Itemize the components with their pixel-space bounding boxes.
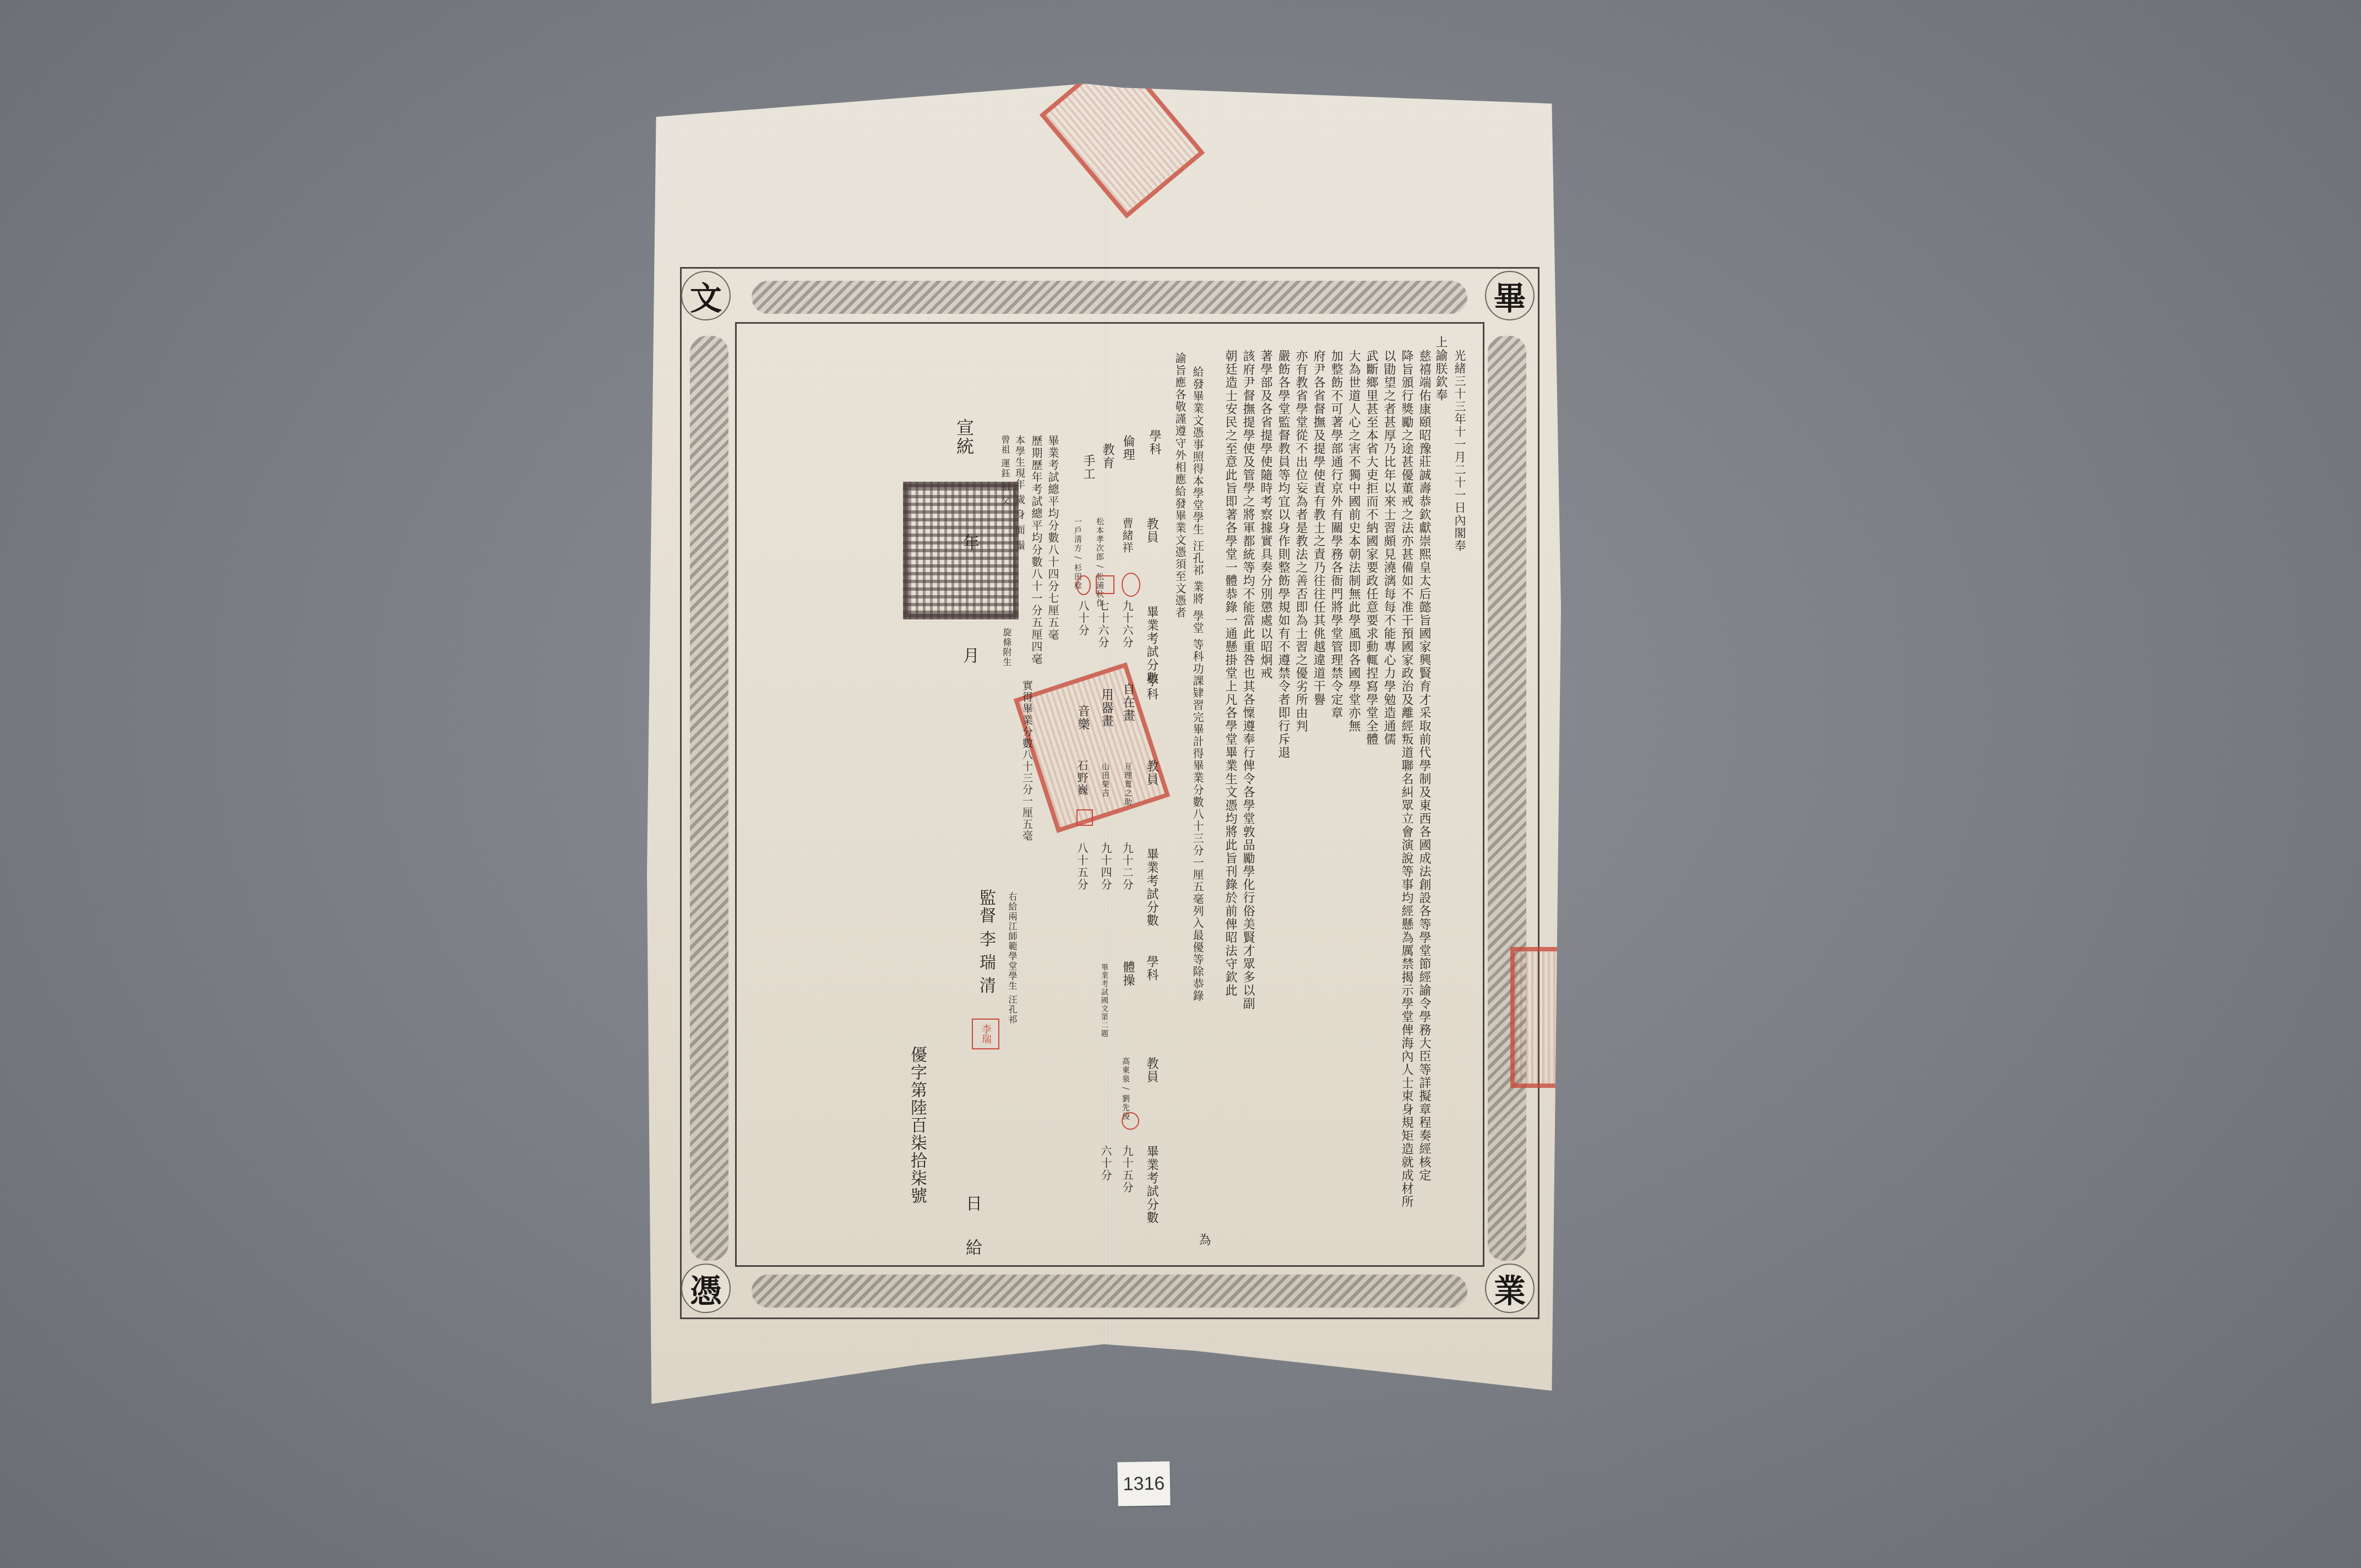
score-ethics: 九十六分 xyxy=(1122,600,1133,649)
edict-date: 光緒三十三年十一月二十一日內閣奉 xyxy=(1454,350,1465,801)
score-header-2: 畢業考試分數 xyxy=(1145,848,1157,927)
supervisor-seal: 李瑞 xyxy=(972,1019,999,1049)
exam-average: 畢業考試總平均分數八十四分七厘五毫 xyxy=(1047,435,1058,641)
edict-col-8: 亦有教省學堂從不出位妄為者是教法之善否即為士習之優劣所由判 xyxy=(1294,350,1307,1258)
score-music: 八十五分 xyxy=(1076,842,1087,891)
score-header: 畢業考試分數 xyxy=(1145,606,1157,685)
score-mechdrawing: 九十四分 xyxy=(1100,842,1111,891)
yearly-average: 歷期歷年考試總平均分數八十一分五厘四毫 xyxy=(1031,435,1042,665)
teacher-header-3: 教員 xyxy=(1145,1057,1157,1084)
subject-gymnastics: 體操 xyxy=(1122,961,1134,987)
top-red-seal xyxy=(1040,49,1205,219)
subjects-header-3: 學科 xyxy=(1145,955,1157,982)
dragon-band-left xyxy=(690,336,728,1261)
issuance-text: 給發畢業文憑事照得本學堂學生 汪孔祁 業將 學堂 等科功課肄習完畢計得畢業分數八… xyxy=(1192,366,1203,1302)
teacher-seal-4 xyxy=(1076,809,1093,826)
dragon-band-right xyxy=(1488,336,1526,1261)
subject-freehand: 自在畫 xyxy=(1122,683,1134,722)
teacher-gymnastics: 高東泉 / 劉先俊 xyxy=(1122,1057,1129,1121)
edict-col-1: 慈禧端佑康頤昭豫莊誠壽恭欽獻崇熙皇太后懿旨國家興賢育才采取前代學制及東西各國成法… xyxy=(1418,350,1430,1258)
for-mark: 為 xyxy=(1198,1233,1210,1246)
supervisor-title: 監督 xyxy=(977,889,994,924)
dragon-band-bottom xyxy=(752,1275,1467,1308)
teacher-seal-3 xyxy=(1076,575,1091,595)
teacher-music: 石野巍 xyxy=(1076,760,1087,796)
date-issued: 給 xyxy=(964,1239,980,1256)
date-day: 日 xyxy=(964,1195,980,1212)
edict-col-9: 嚴飭各學堂監督教員等均宜以身作則整飭學規如有不遵禁令者即行斥退 xyxy=(1277,350,1289,1258)
teacher-ethics: 曹緒祥 xyxy=(1122,518,1133,554)
edict-col-10: 著學部及各省提學使隨時考察據實具奏分別懲處以昭炯戒 xyxy=(1259,350,1271,1258)
score-handicraft: 八十分 xyxy=(1078,600,1089,636)
edict-col-11: 該府尹督撫提學使及管學之將軍都統等均不能當此重咎也其各懍遵奉行俾令各學堂敦品勵學… xyxy=(1242,350,1254,1258)
subject-education: 教育 xyxy=(1101,443,1113,470)
final-score: 實得畢業分數八十三分一厘五毫 xyxy=(1021,680,1032,842)
score-header-3: 畢業考試分數 xyxy=(1145,1145,1157,1224)
teacher-seal-5 xyxy=(1122,1112,1139,1130)
teacher-education: 松本孝次郎 / 松浦秋作 xyxy=(1096,518,1103,608)
subjects-header-2: 學科 xyxy=(1145,674,1157,701)
corner-char-bi: 畢 xyxy=(1485,271,1535,320)
certificate-paper: 文 畢 憑 業 光緒三十三年十一月二十一日內閣奉 上諭朕欽奉 慈禧端佑康頤昭豫莊… xyxy=(647,77,1561,1404)
date-year: 年 xyxy=(961,534,977,552)
corner-char-ye: 業 xyxy=(1485,1264,1535,1313)
serial-number: 優字第陸百柒拾柒號 xyxy=(909,1046,925,1205)
issuance-instruction: 諭旨應各敬謹遵守外相應給發畢業文憑須至文憑者 xyxy=(1174,352,1185,1288)
corner-char-wen: 文 xyxy=(681,271,731,320)
subject-mechdrawing: 用器畫 xyxy=(1100,688,1112,728)
edict-col-4: 武斷鄉里甚至本省大吏拒而不納國家要政任意要求動輒捏寫學堂全體 xyxy=(1365,350,1377,1258)
accession-tag: 1316 xyxy=(1117,1461,1170,1506)
teacher-header: 教員 xyxy=(1145,518,1157,544)
score-education: 七十六分 xyxy=(1097,600,1108,649)
corner-char-ping: 憑 xyxy=(681,1264,731,1313)
recipient-line: 右給兩江師範學堂學生 汪孔祁 xyxy=(1008,892,1016,1025)
edict-col-6: 加整飭不可著學部通行京外有關學務各衙門將學堂管理禁令定章 xyxy=(1330,350,1342,1258)
edict-col-2: 降旨頒行獎勵之途甚優董戒之法亦甚備如不准干預國家政治及離經叛道聯名糾眾立會演說等… xyxy=(1400,350,1412,1258)
subject-chinese-q2: 畢業考試國文第二題 xyxy=(1100,963,1107,1038)
score-gymnastics: 九十五分 xyxy=(1122,1145,1133,1194)
teacher-seal-1 xyxy=(1122,573,1140,597)
right-edge-red-seal xyxy=(1510,947,1569,1088)
edict-col-5: 大為世道人心之害不獨中國前史本朝法制無此學風即各國學堂亦無 xyxy=(1347,350,1359,1258)
teacher-freehand: 亘理寬之助 xyxy=(1124,763,1131,807)
edict-col-7: 府尹各省督撫及提學使責有教士之責乃往往任其佻越違道干譽 xyxy=(1312,350,1324,1258)
edict-col-3: 以勖望之者甚厚乃比年以來士習頗見澆漓每每不能專心力學勉造通儒 xyxy=(1383,350,1395,1258)
subject-handicraft: 手工 xyxy=(1082,454,1094,481)
teacher-header-2: 教員 xyxy=(1145,760,1157,786)
subject-music: 音樂 xyxy=(1076,705,1089,731)
score-freehand: 九十二分 xyxy=(1122,842,1133,891)
score-chinese-q2: 六十分 xyxy=(1100,1145,1111,1182)
edict-col-12: 朝廷造士安民之至意此旨即著各學堂一體恭錄一通懸掛堂上凡各學堂畢業生文憑均將此旨刊… xyxy=(1224,350,1236,1258)
teacher-mechdrawing: 山田榮吉 xyxy=(1101,763,1109,798)
date-month: 月 xyxy=(961,647,977,665)
subject-ethics: 倫理 xyxy=(1122,435,1134,461)
era-name: 宣統 xyxy=(955,418,973,456)
student-note: 旋條附生 xyxy=(1002,628,1011,667)
supervisor-name: 李瑞清 xyxy=(977,930,994,1000)
teacher-seal-2 xyxy=(1096,575,1114,594)
subjects-header: 學科 xyxy=(1148,429,1160,456)
edict-opening: 上諭朕欽奉 xyxy=(1434,336,1446,1272)
dragon-band-top xyxy=(752,281,1467,314)
